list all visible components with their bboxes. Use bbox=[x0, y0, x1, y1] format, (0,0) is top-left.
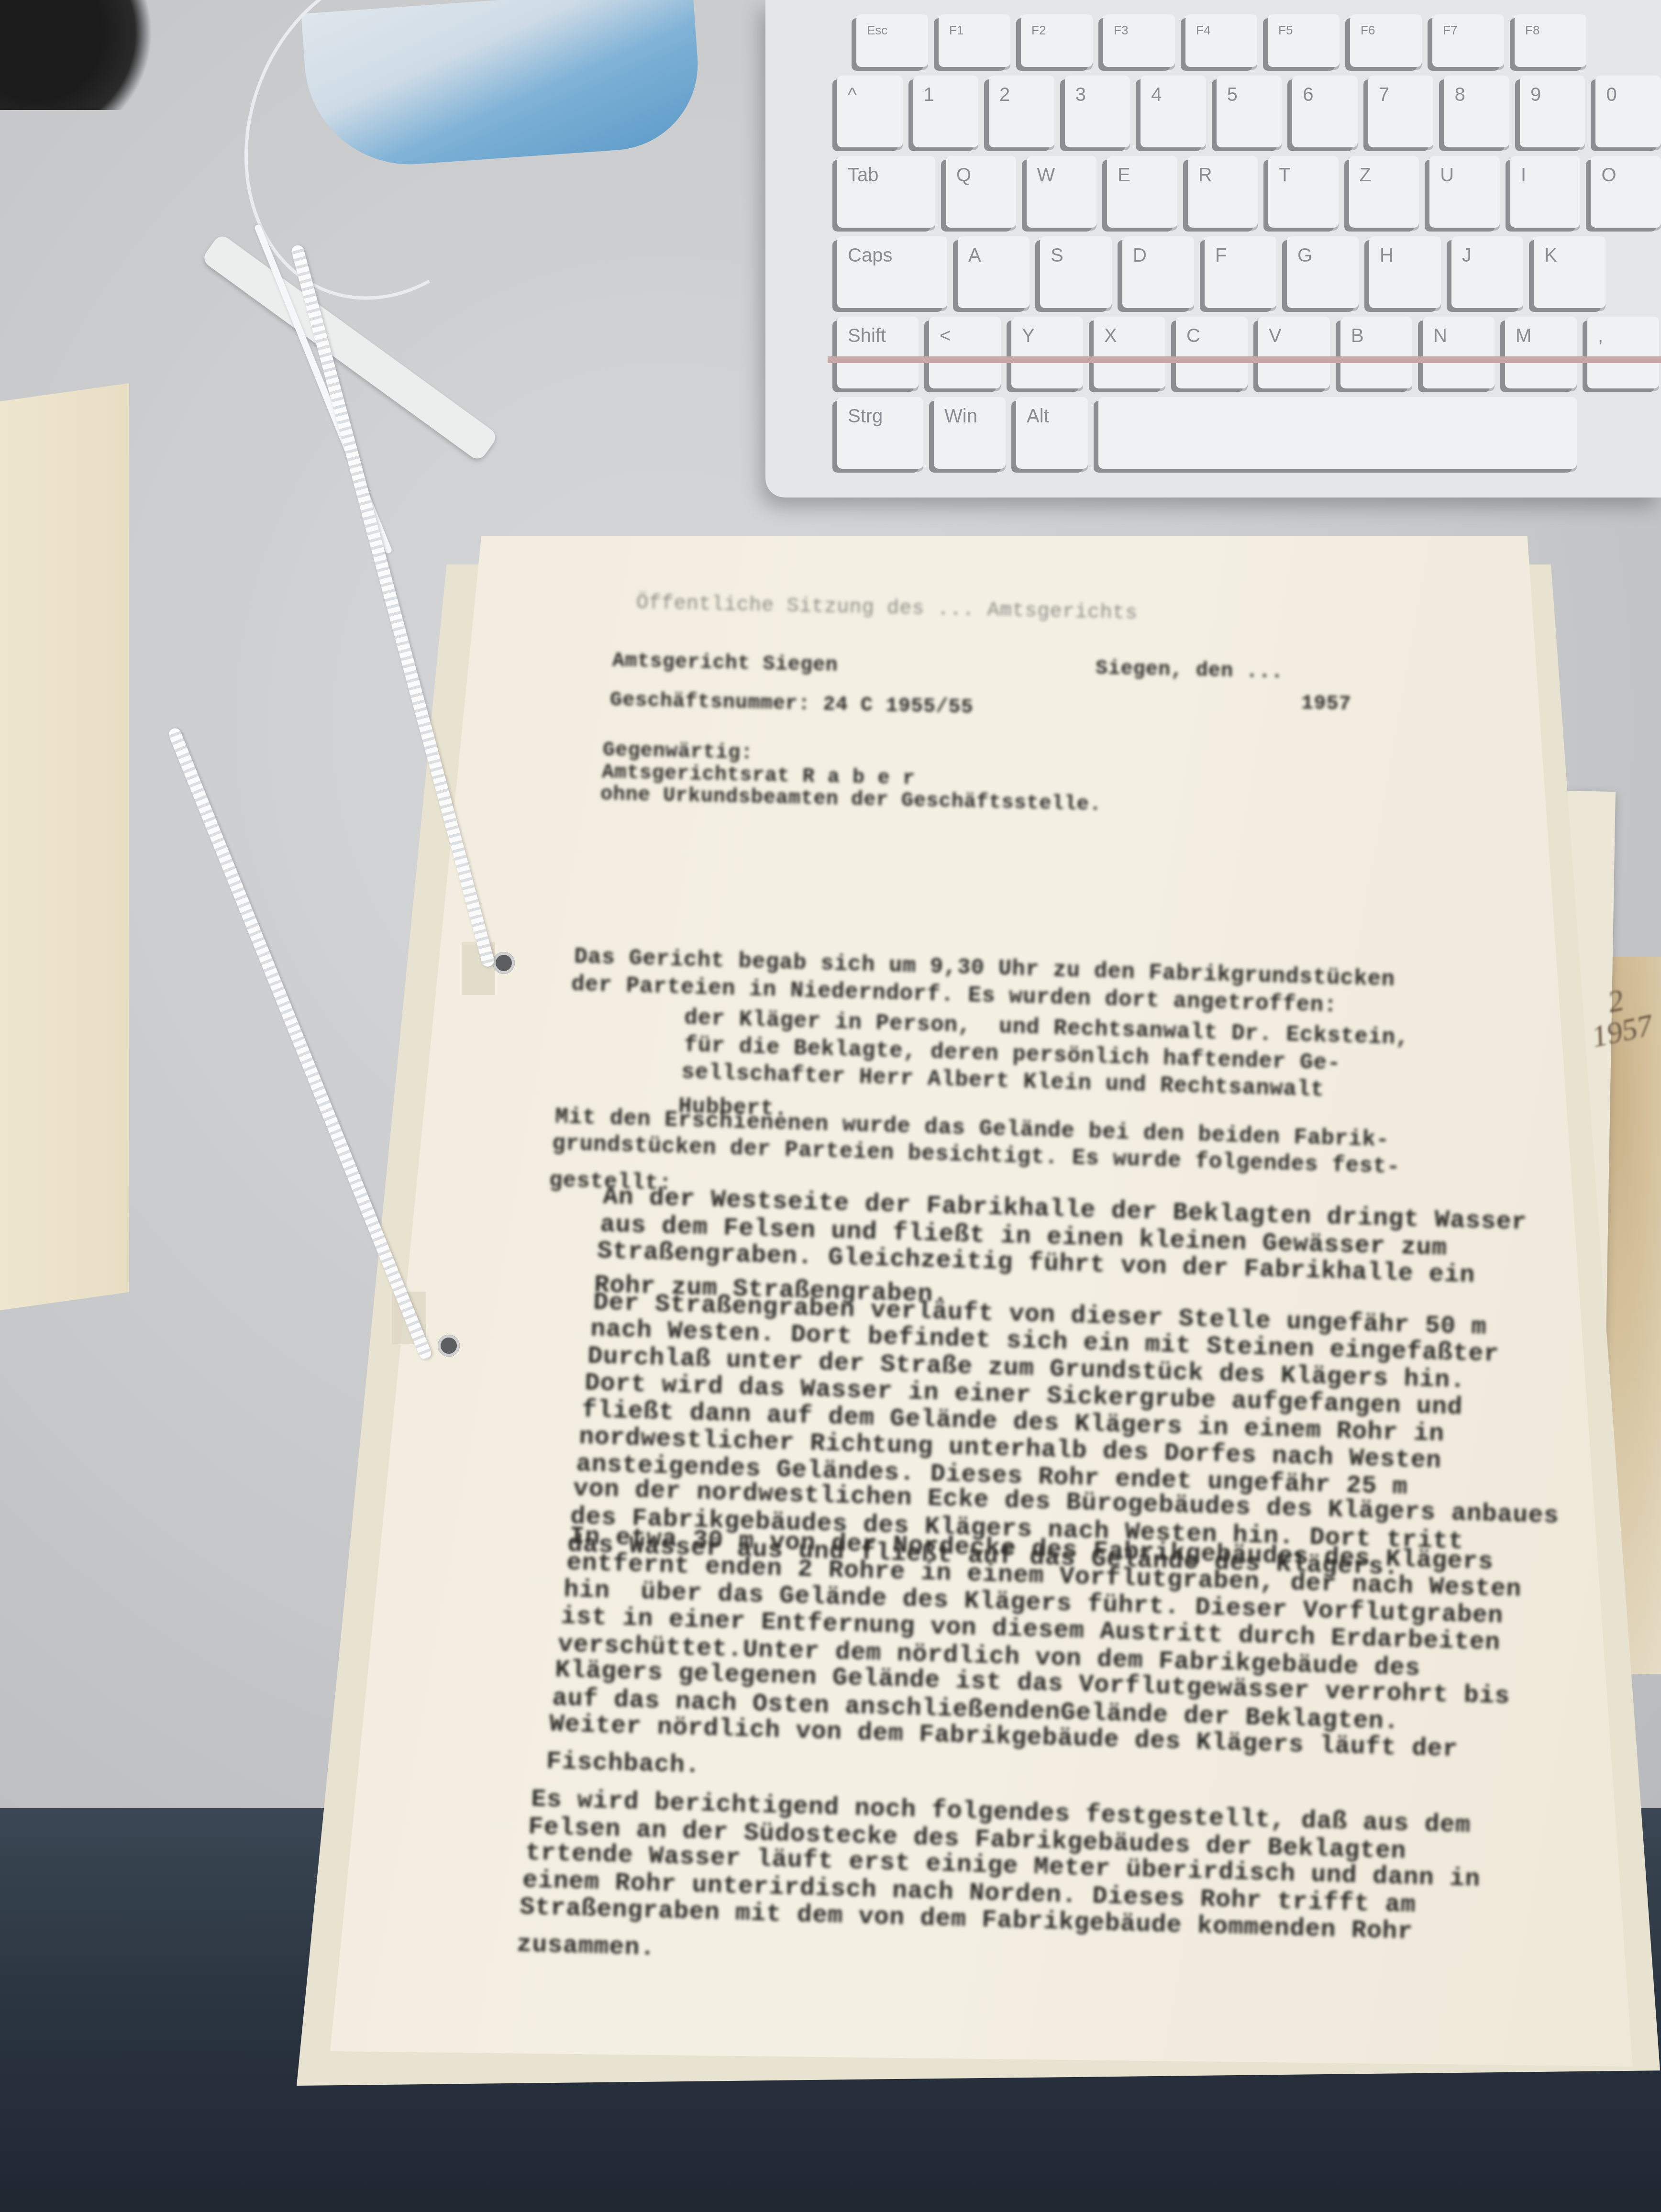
key-x[interactable]: X bbox=[1094, 317, 1165, 388]
key-f5[interactable]: F5 bbox=[1268, 14, 1340, 67]
key-f[interactable]: F bbox=[1205, 236, 1276, 308]
key-2[interactable]: 2 bbox=[989, 76, 1054, 147]
key-t[interactable]: T bbox=[1268, 156, 1339, 228]
key-7[interactable]: 7 bbox=[1368, 76, 1434, 147]
key-5[interactable]: 5 bbox=[1217, 76, 1282, 147]
key-1[interactable]: 1 bbox=[913, 76, 979, 147]
keyboard-row: ^1234567890 bbox=[837, 76, 1661, 147]
key-b[interactable]: B bbox=[1340, 317, 1412, 388]
key-h[interactable]: H bbox=[1369, 236, 1441, 308]
key-s[interactable]: S bbox=[1040, 236, 1112, 308]
key-6[interactable]: 6 bbox=[1292, 76, 1358, 147]
document-line: zusammen. bbox=[516, 1931, 655, 1962]
key-r[interactable]: R bbox=[1188, 156, 1258, 228]
key-9[interactable]: 9 bbox=[1520, 76, 1585, 147]
key-o[interactable]: O bbox=[1591, 156, 1661, 228]
key-a[interactable]: A bbox=[958, 236, 1030, 308]
header-year: 1957 bbox=[1301, 688, 1351, 719]
key-z[interactable]: Z bbox=[1349, 156, 1419, 228]
keyboard-keys: EscF1F2F3F4F5F6F7F8^1234567890TabQWERTZU… bbox=[837, 14, 1661, 469]
key-f6[interactable]: F6 bbox=[1350, 14, 1422, 67]
handwritten-note: 2 1957 bbox=[1583, 980, 1655, 1052]
key-q[interactable]: Q bbox=[946, 156, 1016, 228]
key-j[interactable]: J bbox=[1451, 236, 1523, 308]
key-tab[interactable]: Tab bbox=[837, 156, 935, 228]
keyboard-row: EscF1F2F3F4F5F6F7F8 bbox=[856, 14, 1661, 67]
key-f8[interactable]: F8 bbox=[1515, 14, 1586, 67]
key-0[interactable]: 0 bbox=[1595, 76, 1661, 147]
key-m[interactable]: M bbox=[1505, 317, 1577, 388]
key-u[interactable]: U bbox=[1429, 156, 1500, 228]
keyboard: EscF1F2F3F4F5F6F7F8^1234567890TabQWERTZU… bbox=[765, 0, 1661, 498]
keyboard-edge bbox=[828, 356, 1661, 363]
key-strg[interactable]: Strg bbox=[837, 397, 923, 469]
key-k[interactable]: K bbox=[1534, 236, 1606, 308]
key-[interactable]: , bbox=[1587, 317, 1659, 388]
key-win[interactable]: Win bbox=[934, 397, 1006, 469]
key-y[interactable]: Y bbox=[1011, 317, 1083, 388]
place-date: Siegen, den ... bbox=[1095, 653, 1284, 687]
document-line: Fischbach. bbox=[546, 1748, 701, 1780]
key-4[interactable]: 4 bbox=[1141, 76, 1206, 147]
punch-hole bbox=[438, 1335, 460, 1357]
punch-hole bbox=[493, 952, 515, 974]
key-[interactable]: < bbox=[929, 317, 1001, 388]
keyboard-row: TabQWERTZUIO bbox=[837, 156, 1661, 228]
key-f3[interactable]: F3 bbox=[1103, 14, 1175, 67]
key-[interactable]: ^ bbox=[837, 76, 903, 147]
folder-edge bbox=[0, 383, 129, 1310]
key-i[interactable]: I bbox=[1510, 156, 1581, 228]
key-f7[interactable]: F7 bbox=[1432, 14, 1504, 67]
key-w[interactable]: W bbox=[1027, 156, 1097, 228]
key-8[interactable]: 8 bbox=[1444, 76, 1509, 147]
key-space[interactable] bbox=[1098, 397, 1577, 469]
key-esc[interactable]: Esc bbox=[856, 14, 928, 67]
key-f1[interactable]: F1 bbox=[939, 14, 1010, 67]
key-n[interactable]: N bbox=[1423, 317, 1495, 388]
key-alt[interactable]: Alt bbox=[1016, 397, 1088, 469]
key-3[interactable]: 3 bbox=[1065, 76, 1130, 147]
court-name: Amtsgericht Siegen bbox=[612, 646, 838, 680]
key-c[interactable]: C bbox=[1176, 317, 1248, 388]
black-cable bbox=[0, 0, 182, 110]
key-v[interactable]: V bbox=[1258, 317, 1330, 388]
keyboard-row: CapsASDFGHJK bbox=[837, 236, 1661, 308]
keyboard-row: Shift<YXCVBNM, bbox=[837, 317, 1661, 388]
key-e[interactable]: E bbox=[1107, 156, 1177, 228]
key-f2[interactable]: F2 bbox=[1021, 14, 1093, 67]
key-d[interactable]: D bbox=[1122, 236, 1194, 308]
key-caps[interactable]: Caps bbox=[837, 236, 947, 308]
key-shift[interactable]: Shift bbox=[837, 317, 919, 388]
key-g[interactable]: G bbox=[1287, 236, 1359, 308]
key-f4[interactable]: F4 bbox=[1185, 14, 1257, 67]
keyboard-row: StrgWinAlt bbox=[837, 397, 1661, 469]
